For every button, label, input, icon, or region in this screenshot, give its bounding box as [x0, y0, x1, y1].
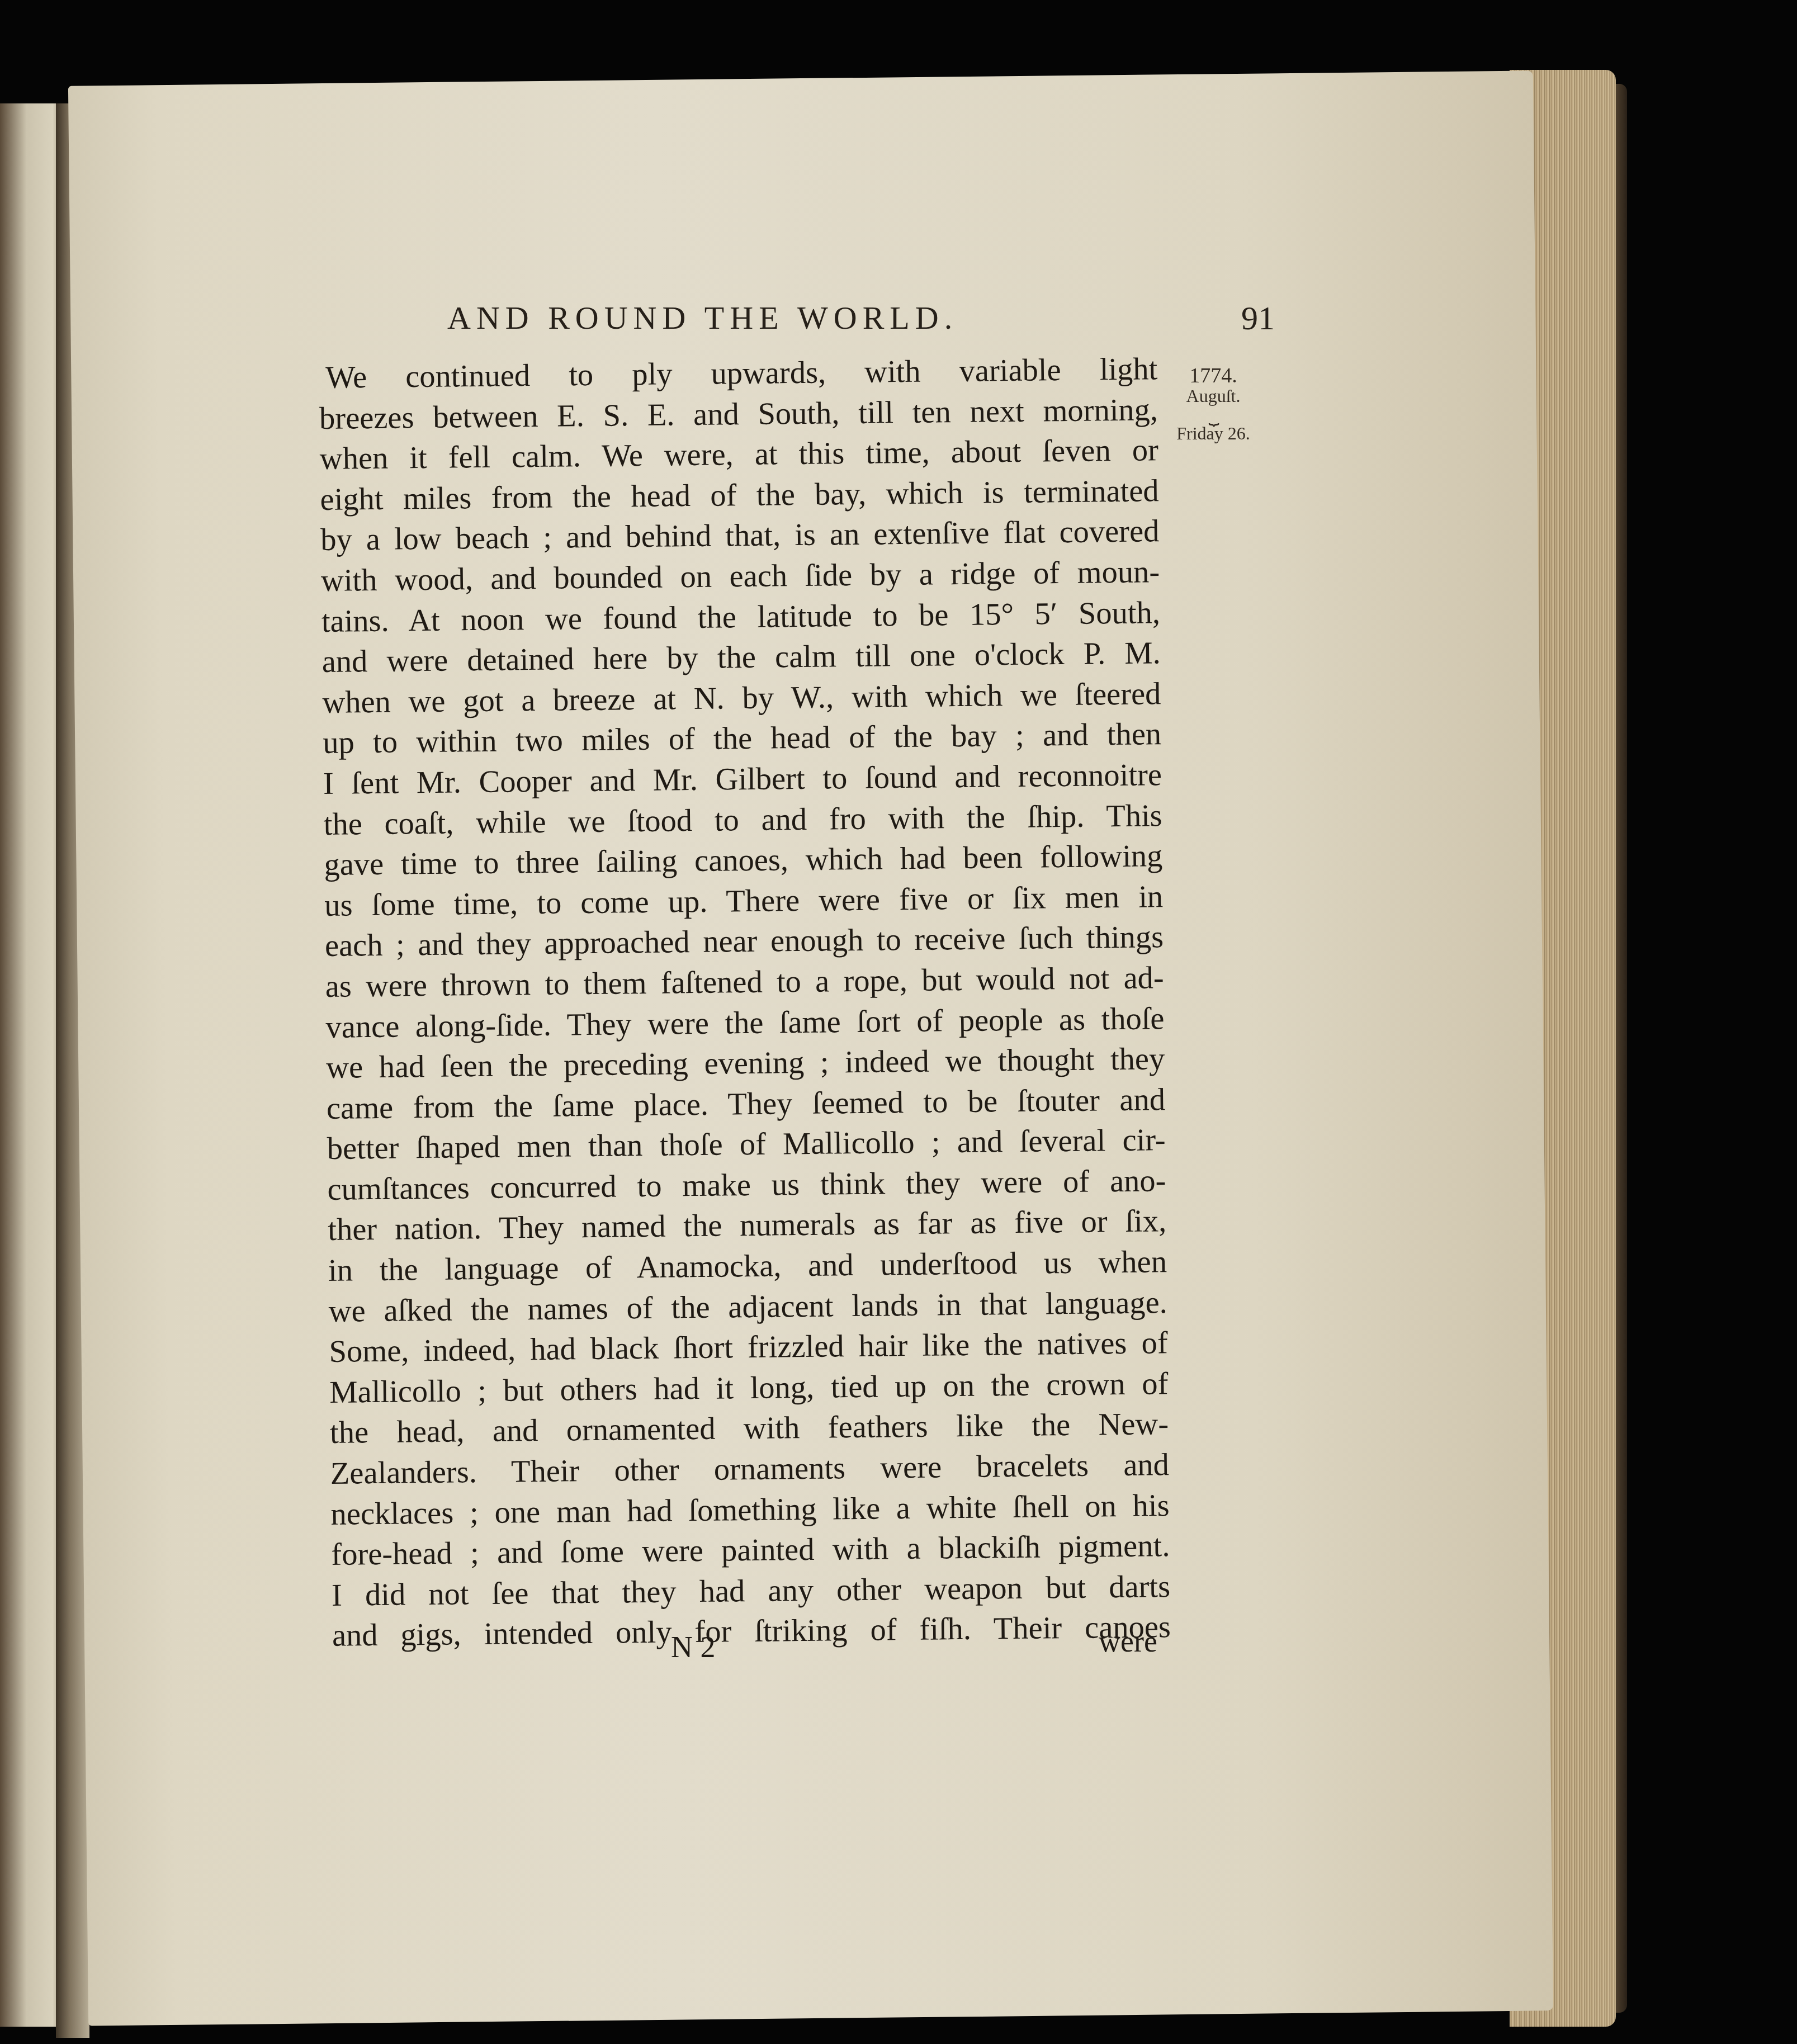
margin-date-note: 1774. Auguſt. ⏟ Friday 26. — [1152, 363, 1275, 444]
page-number: 91 — [1241, 299, 1275, 338]
running-head: AND ROUND THE WORLD. — [447, 299, 958, 337]
body-paragraph: We continued to ply upwards, with variab… — [319, 349, 1171, 1657]
margin-month: Auguſt. — [1152, 386, 1275, 406]
signature-mark: N 2 — [671, 1630, 716, 1664]
margin-day: Friday 26. — [1152, 423, 1275, 444]
brace-icon: ⏟ — [1152, 406, 1275, 423]
catchword: were — [1099, 1624, 1157, 1659]
margin-year: 1774. — [1152, 363, 1275, 388]
